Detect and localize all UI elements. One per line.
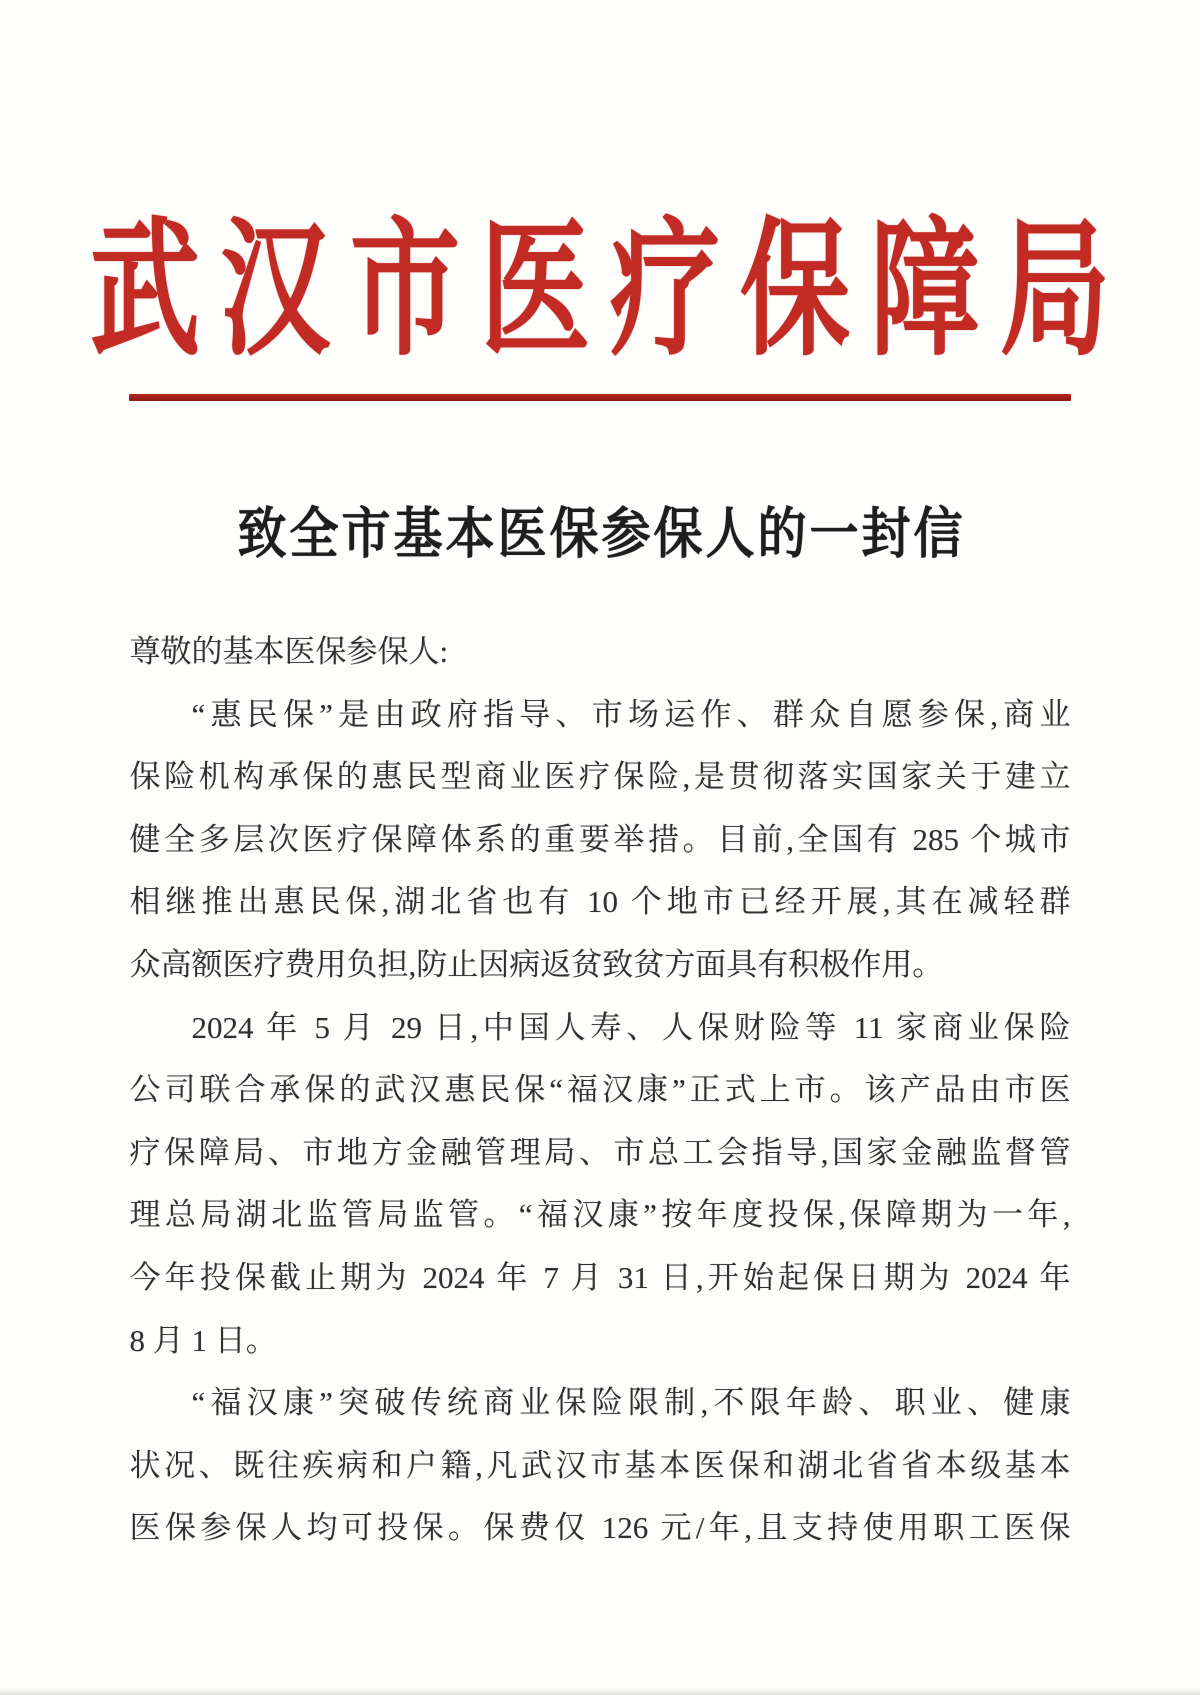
letter-line: 今年投保截止期为 2024 年 7 月 31 日,开始起保日期为 2024 年 [130, 1247, 1071, 1310]
letter-line: 公司联合承保的武汉惠民保“福汉康”正式上市。该产品由市医 [130, 1059, 1071, 1122]
letter-body: 尊敬的基本医保参保人: “惠民保”是由政府指导、市场运作、群众自愿参保,商业 保… [130, 621, 1071, 1560]
letter-title: 致全市基本医保参保人的一封信 [0, 503, 1200, 565]
letter-line: 疗保障局、市地方金融管理局、市总工会指导,国家金融监督管 [130, 1122, 1071, 1185]
letter-line: 众高额医疗费用负担,防止因病返贫致贫方面具有积极作用。 [130, 934, 1071, 997]
letter-line: 状况、既往疾病和户籍,凡武汉市基本医保和湖北省省本级基本 [130, 1435, 1071, 1498]
letter-line: 8 月 1 日。 [130, 1310, 1071, 1373]
document-page: 武汉市医疗保障局 致全市基本医保参保人的一封信 尊敬的基本医保参保人: “惠民保… [0, 0, 1200, 1695]
letter-line: 理总局湖北监管局监管。“福汉康”按年度投保,保障期为一年, [130, 1184, 1071, 1247]
letter-line: “福汉康”突破传统商业保险限制,不限年龄、职业、健康 [130, 1372, 1071, 1435]
letterhead-rule [129, 394, 1071, 401]
letter-line: 医保参保人均可投保。保费仅 126 元/年,且支持使用职工医保 [130, 1497, 1071, 1560]
agency-letterhead: 武汉市医疗保障局 [0, 214, 1200, 368]
letter-line: 保险机构承保的惠民型商业医疗保险,是贯彻落实国家关于建立 [130, 746, 1071, 809]
letter-line: 健全多层次医疗保障体系的重要举措。目前,全国有 285 个城市 [130, 809, 1071, 872]
letter-line: 2024 年 5 月 29 日,中国人寿、人保财险等 11 家商业保险 [130, 997, 1071, 1060]
letter-line: 相继推出惠民保,湖北省也有 10 个地市已经开展,其在减轻群 [130, 871, 1071, 934]
salutation: 尊敬的基本医保参保人: [130, 621, 1071, 684]
letter-line: “惠民保”是由政府指导、市场运作、群众自愿参保,商业 [130, 684, 1071, 747]
